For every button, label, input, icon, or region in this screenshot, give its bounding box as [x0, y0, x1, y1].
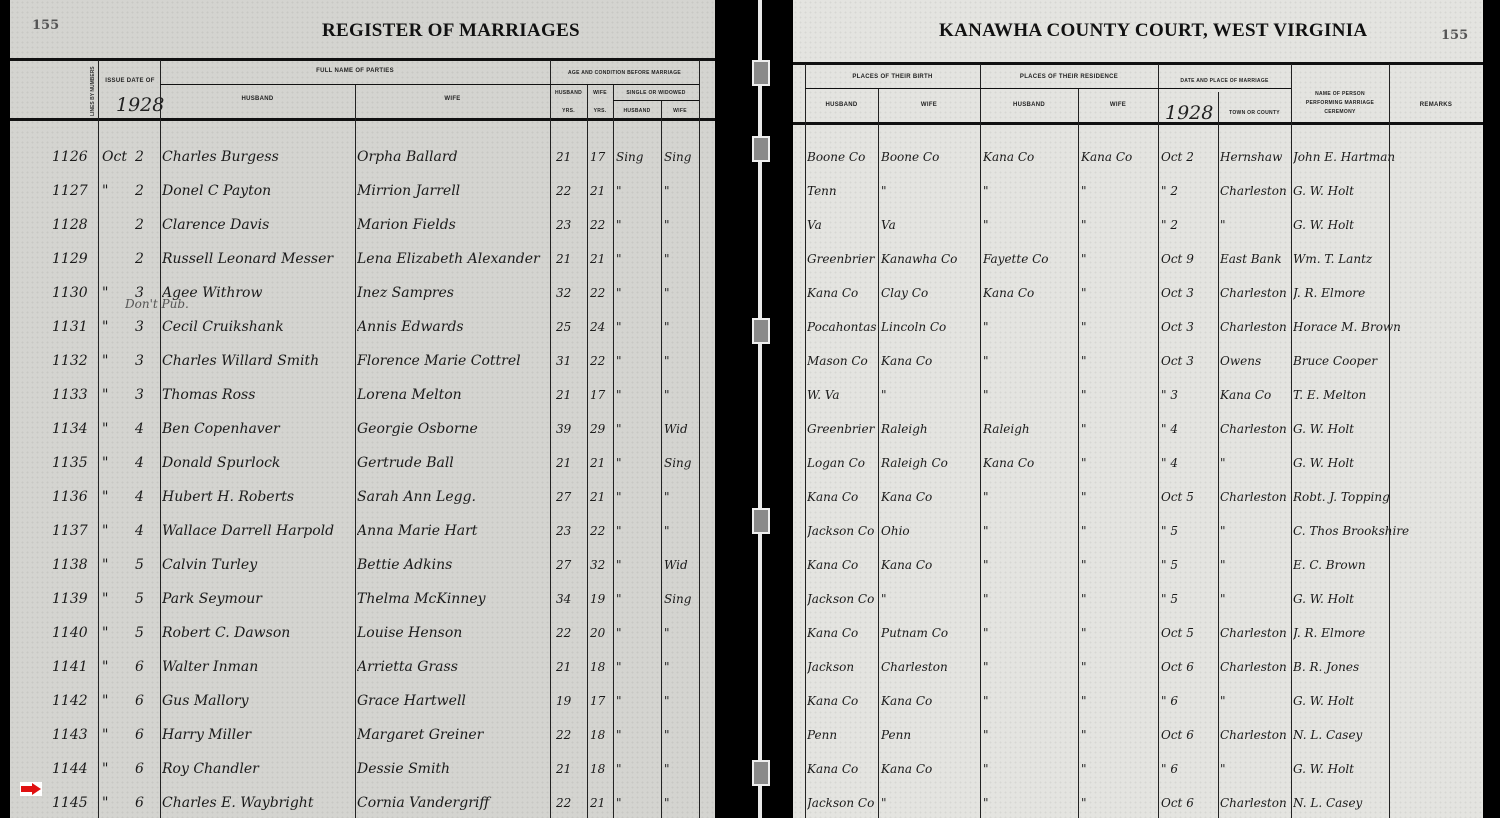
wife-residence: " — [1081, 412, 1157, 446]
entry-number: 1138 — [52, 548, 96, 582]
wife-birthplace: Kanawha Co — [881, 242, 979, 276]
marriage-town: Charleston — [1220, 412, 1290, 446]
entry-number: 1144 — [52, 752, 96, 786]
husband-name: Charles E. Waybright — [162, 786, 354, 818]
left-register-row: 1133"3Thomas RossLorena Melton2117"" — [10, 378, 715, 412]
officiant-name: C. Thos Brookshire — [1293, 514, 1443, 548]
header-cond-husband: HUSBAND — [613, 108, 661, 114]
issue-day: 4 — [135, 480, 157, 514]
marriage-town: Charleston — [1220, 718, 1290, 752]
wife-residence: " — [1081, 344, 1157, 378]
wife-name: Anna Marie Hart — [357, 514, 549, 548]
right-register-page: KANAWHA COUNTY COURT, WEST VIRGINIA 155 … — [793, 0, 1483, 818]
issue-month — [102, 208, 130, 242]
red-arrow-icon — [20, 782, 42, 796]
issue-month: " — [102, 412, 130, 446]
issue-day: 3 — [135, 276, 157, 310]
marriage-date: Oct 5 — [1161, 616, 1217, 650]
right-register-row: Jackson Co"""Oct 6CharlestonN. L. Casey — [793, 786, 1483, 818]
faded-stamp — [180, 22, 184, 40]
husband-residence: " — [983, 548, 1077, 582]
issue-month: " — [102, 344, 130, 378]
husband-residence: " — [983, 582, 1077, 616]
issue-day: 2 — [135, 242, 157, 276]
husband-residence: Fayette Co — [983, 242, 1077, 276]
wife-name: Arrietta Grass — [357, 650, 549, 684]
entry-number: 1143 — [52, 718, 96, 752]
wife-condition: Sing — [664, 446, 698, 480]
marriage-date: " 2 — [1161, 208, 1217, 242]
marriage-date: Oct 9 — [1161, 242, 1217, 276]
husband-age: 21 — [556, 140, 586, 174]
wife-name: Grace Hartwell — [357, 684, 549, 718]
header-res-wife: WIFE — [1078, 102, 1158, 108]
officiant-name: G. W. Holt — [1293, 582, 1443, 616]
header-officiant: NAME OF PERSON PERFORMING MARRIAGE CEREM… — [1297, 90, 1383, 117]
right-register-row: Kana CoClay CoKana Co"Oct 3CharlestonJ. … — [793, 276, 1483, 310]
marriage-town: East Bank — [1220, 242, 1290, 276]
officiant-name: J. R. Elmore — [1293, 276, 1443, 310]
right-register-row: Kana CoKana Co""" 5"E. C. Brown — [793, 548, 1483, 582]
header-full-name: FULL NAME OF PARTIES — [160, 68, 550, 74]
entry-number: 1126 — [52, 140, 96, 174]
wife-age: 17 — [590, 684, 612, 718]
husband-birthplace: Greenbrier — [807, 412, 879, 446]
wife-residence: " — [1081, 242, 1157, 276]
wife-condition: " — [664, 786, 698, 818]
left-register-row: 1142"6Gus MalloryGrace Hartwell1917"" — [10, 684, 715, 718]
husband-age: 27 — [556, 480, 586, 514]
wife-age: 32 — [590, 548, 612, 582]
marriage-town: Hernshaw — [1220, 140, 1290, 174]
husband-name: Donel C Payton — [162, 174, 354, 208]
wife-condition: " — [664, 208, 698, 242]
husband-name: Agee Withrow — [162, 276, 354, 310]
officiant-name: N. L. Casey — [1293, 786, 1443, 818]
husband-condition: " — [616, 208, 660, 242]
wife-name: Sarah Ann Legg. — [357, 480, 549, 514]
wife-birthplace: Boone Co — [881, 140, 979, 174]
marriage-town: " — [1220, 684, 1290, 718]
husband-age: 25 — [556, 310, 586, 344]
wife-age: 19 — [590, 582, 612, 616]
husband-residence: Kana Co — [983, 276, 1077, 310]
left-register-row: 1139"5Park SeymourThelma McKinney3419"Si… — [10, 582, 715, 616]
marriage-date: Oct 6 — [1161, 786, 1217, 818]
husband-birthplace: Kana Co — [807, 684, 879, 718]
header-top-rule — [10, 58, 715, 61]
left-register-row: 11292Russell Leonard MesserLena Elizabet… — [10, 242, 715, 276]
right-register-row: Mason CoKana Co""Oct 3OwensBruce Cooper — [793, 344, 1483, 378]
right-register-row: GreenbrierRaleighRaleigh"" 4CharlestonG.… — [793, 412, 1483, 446]
wife-condition: " — [664, 650, 698, 684]
wife-residence: " — [1081, 582, 1157, 616]
wife-residence: " — [1081, 548, 1157, 582]
issue-day: 4 — [135, 412, 157, 446]
header-wife: WIFE — [355, 96, 550, 102]
officiant-name: Horace M. Brown — [1293, 310, 1443, 344]
husband-residence: " — [983, 752, 1077, 786]
officiant-name: John E. Hartman — [1293, 140, 1443, 174]
wife-age: 22 — [590, 514, 612, 548]
husband-age: 39 — [556, 412, 586, 446]
issue-month: " — [102, 174, 130, 208]
left-year: 1928 — [116, 94, 164, 116]
husband-age: 21 — [556, 378, 586, 412]
husband-condition: " — [616, 718, 660, 752]
issue-day: 6 — [135, 786, 157, 818]
wife-residence: " — [1081, 514, 1157, 548]
issue-month: " — [102, 378, 130, 412]
husband-condition: " — [616, 174, 660, 208]
husband-residence: " — [983, 616, 1077, 650]
left-register-row: 1134"4Ben CopenhaverGeorgie Osborne3929"… — [10, 412, 715, 446]
wife-age: 17 — [590, 378, 612, 412]
wife-age: 21 — [590, 786, 612, 818]
issue-day: 2 — [135, 140, 157, 174]
officiant-name: G. W. Holt — [1293, 412, 1443, 446]
husband-name: Wallace Darrell Harpold — [162, 514, 354, 548]
officiant-name: G. W. Holt — [1293, 446, 1443, 480]
right-register-row: Kana CoKana Co""" 6"G. W. Holt — [793, 684, 1483, 718]
entry-number: 1141 — [52, 650, 96, 684]
left-page-title: REGISTER OF MARRIAGES — [322, 20, 580, 42]
header-top-rule — [793, 62, 1483, 65]
wife-residence: " — [1081, 446, 1157, 480]
wife-residence: " — [1081, 684, 1157, 718]
officiant-name: Bruce Cooper — [1293, 344, 1443, 378]
wife-birthplace: Va — [881, 208, 979, 242]
officiant-name: G. W. Holt — [1293, 752, 1443, 786]
right-register-row: Greenbrier CoKanawha CoFayette Co"Oct 9E… — [793, 242, 1483, 276]
wife-residence: " — [1081, 786, 1157, 818]
issue-month: " — [102, 650, 130, 684]
header-age-husband: HUSBAND — [550, 90, 587, 96]
husband-name: Gus Mallory — [162, 684, 354, 718]
right-page-title: KANAWHA COUNTY COURT, WEST VIRGINIA — [939, 20, 1367, 42]
husband-birthplace: Jackson Co — [807, 514, 879, 548]
wife-condition: " — [664, 242, 698, 276]
entry-number: 1135 — [52, 446, 96, 480]
husband-age: 21 — [556, 650, 586, 684]
husband-name: Donald Spurlock — [162, 446, 354, 480]
marriage-date: " 4 — [1161, 446, 1217, 480]
left-register-row: 1131"3Cecil CruikshankAnnis Edwards2524"… — [10, 310, 715, 344]
wife-condition: " — [664, 344, 698, 378]
marriage-date: Oct 2 — [1161, 140, 1217, 174]
marriage-date: " 5 — [1161, 582, 1217, 616]
officiant-name: Robt. J. Topping — [1293, 480, 1443, 514]
husband-birthplace: Va — [807, 208, 879, 242]
entry-number: 1132 — [52, 344, 96, 378]
husband-name: Robert C. Dawson — [162, 616, 354, 650]
entry-number: 1145 — [52, 786, 96, 818]
husband-birthplace: Kana Co — [807, 276, 879, 310]
husband-age: 34 — [556, 582, 586, 616]
marriage-town: " — [1220, 548, 1290, 582]
wife-name: Louise Henson — [357, 616, 549, 650]
binding-clip — [752, 318, 770, 344]
issue-month: Oct — [102, 140, 130, 174]
wife-age: 18 — [590, 752, 612, 786]
officiant-name: Wm. T. Lantz — [1293, 242, 1443, 276]
wife-name: Georgie Osborne — [357, 412, 549, 446]
header-town-county: TOWN OR COUNTY — [1218, 110, 1291, 116]
wife-name: Inez Sampres — [357, 276, 549, 310]
right-register-row: Tenn"""" 2CharlestonG. W. Holt — [793, 174, 1483, 208]
wife-name: Lorena Melton — [357, 378, 549, 412]
marriage-town: Charleston — [1220, 174, 1290, 208]
issue-day: 5 — [135, 616, 157, 650]
wife-condition: " — [664, 752, 698, 786]
wife-birthplace: Raleigh Co — [881, 446, 979, 480]
issue-day: 5 — [135, 548, 157, 582]
husband-residence: " — [983, 786, 1077, 818]
wife-condition: " — [664, 174, 698, 208]
issue-day: 4 — [135, 514, 157, 548]
wife-birthplace: Kana Co — [881, 548, 979, 582]
wife-age: 22 — [590, 344, 612, 378]
issue-month — [102, 242, 130, 276]
issue-month: " — [102, 786, 130, 818]
marriage-date: " 6 — [1161, 684, 1217, 718]
entry-number: 1127 — [52, 174, 96, 208]
officiant-name: G. W. Holt — [1293, 174, 1443, 208]
husband-name: Charles Willard Smith — [162, 344, 354, 378]
right-register-row: Jackson CoOhio""" 5"C. Thos Brookshire — [793, 514, 1483, 548]
wife-condition: " — [664, 514, 698, 548]
marriage-town: Charleston — [1220, 616, 1290, 650]
header-date-place: DATE AND PLACE OF MARRIAGE — [1158, 78, 1291, 84]
right-register-row: Kana CoKana Co""" 6"G. W. Holt — [793, 752, 1483, 786]
wife-condition: " — [664, 378, 698, 412]
wife-birthplace: Putnam Co — [881, 616, 979, 650]
entry-number: 1128 — [52, 208, 96, 242]
left-register-page: 155 REGISTER OF MARRIAGES LINES BY NUMBE… — [10, 0, 715, 818]
header-places-birth: PLACES OF THEIR BIRTH — [805, 74, 980, 80]
husband-birthplace: Pocahontas — [807, 310, 879, 344]
husband-birthplace: Kana Co — [807, 752, 879, 786]
left-register-row: 1127"2Donel C PaytonMirrion Jarrell2221"… — [10, 174, 715, 208]
marriage-date: " 4 — [1161, 412, 1217, 446]
header-birth-wife: WIFE — [878, 102, 980, 108]
husband-condition: " — [616, 548, 660, 582]
issue-day: 3 — [135, 310, 157, 344]
issue-month: " — [102, 276, 130, 310]
marriage-town: " — [1220, 446, 1290, 480]
husband-residence: Raleigh — [983, 412, 1077, 446]
right-register-row: JacksonCharleston""Oct 6CharlestonB. R. … — [793, 650, 1483, 684]
husband-birthplace: Jackson Co — [807, 582, 879, 616]
marriage-date: " 6 — [1161, 752, 1217, 786]
wife-name: Florence Marie Cottrel — [357, 344, 549, 378]
header-remarks: REMARKS — [1389, 102, 1483, 108]
wife-age: 18 — [590, 718, 612, 752]
right-register-row: Kana CoKana Co""Oct 5CharlestonRobt. J. … — [793, 480, 1483, 514]
header-places-residence: PLACES OF THEIR RESIDENCE — [980, 74, 1158, 80]
left-register-row: 1144"6Roy ChandlerDessie Smith2118"" — [10, 752, 715, 786]
issue-day: 6 — [135, 650, 157, 684]
wife-condition: Wid — [664, 548, 698, 582]
left-register-row: 1126Oct2Charles BurgessOrpha Ballard2117… — [10, 140, 715, 174]
left-page-number: 155 — [32, 18, 59, 33]
husband-name: Calvin Turley — [162, 548, 354, 582]
wife-condition: Sing — [664, 582, 698, 616]
right-register-row: Kana CoPutnam Co""Oct 5CharlestonJ. R. E… — [793, 616, 1483, 650]
marriage-date: Oct 5 — [1161, 480, 1217, 514]
wife-residence: " — [1081, 616, 1157, 650]
left-register-row: 1138"5Calvin TurleyBettie Adkins2732"Wid — [10, 548, 715, 582]
husband-condition: " — [616, 480, 660, 514]
wife-age: 21 — [590, 242, 612, 276]
header-res-husband: HUSBAND — [980, 102, 1078, 108]
wife-name: Orpha Ballard — [357, 140, 549, 174]
officiant-name: J. R. Elmore — [1293, 616, 1443, 650]
left-register-row: 1137"4Wallace Darrell HarpoldAnna Marie … — [10, 514, 715, 548]
wife-birthplace: Kana Co — [881, 752, 979, 786]
issue-month: " — [102, 446, 130, 480]
wife-condition: " — [664, 616, 698, 650]
husband-age: 27 — [556, 548, 586, 582]
header-age-husband-yrs: YRS. — [550, 108, 587, 114]
husband-residence: " — [983, 650, 1077, 684]
husband-birthplace: Mason Co — [807, 344, 879, 378]
wife-birthplace: Penn — [881, 718, 979, 752]
wife-birthplace: Ohio — [881, 514, 979, 548]
left-register-row: 11282Clarence DavisMarion Fields2322"" — [10, 208, 715, 242]
husband-age: 32 — [556, 276, 586, 310]
husband-name: Russell Leonard Messer — [162, 242, 354, 276]
wife-residence: " — [1081, 208, 1157, 242]
wife-residence: " — [1081, 718, 1157, 752]
marriage-town: " — [1220, 514, 1290, 548]
right-register-row: Logan CoRaleigh CoKana Co"" 4"G. W. Holt — [793, 446, 1483, 480]
marriage-date: Oct 3 — [1161, 276, 1217, 310]
officiant-name: E. C. Brown — [1293, 548, 1443, 582]
wife-name: Lena Elizabeth Alexander — [357, 242, 549, 276]
husband-condition: " — [616, 242, 660, 276]
wife-birthplace: Clay Co — [881, 276, 979, 310]
left-register-row: 1145"6Charles E. WaybrightCornia Vanderg… — [10, 786, 715, 818]
husband-birthplace: Kana Co — [807, 548, 879, 582]
husband-age: 22 — [556, 786, 586, 818]
header-single-widowed: SINGLE OR WIDOWED — [613, 90, 699, 96]
wife-name: Dessie Smith — [357, 752, 549, 786]
marriage-date: Oct 6 — [1161, 718, 1217, 752]
wife-residence: " — [1081, 650, 1157, 684]
husband-residence: " — [983, 344, 1077, 378]
husband-condition: " — [616, 786, 660, 818]
entry-number: 1137 — [52, 514, 96, 548]
husband-age: 23 — [556, 514, 586, 548]
entry-number: 1142 — [52, 684, 96, 718]
wife-name: Gertrude Ball — [357, 446, 549, 480]
husband-condition: Sing — [616, 140, 660, 174]
wife-condition: Sing — [664, 140, 698, 174]
husband-name: Cecil Cruikshank — [162, 310, 354, 344]
marriage-date: " 5 — [1161, 548, 1217, 582]
husband-birthplace: Logan Co — [807, 446, 879, 480]
husband-condition: " — [616, 276, 660, 310]
wife-residence: " — [1081, 174, 1157, 208]
marriage-date: " 2 — [1161, 174, 1217, 208]
husband-name: Clarence Davis — [162, 208, 354, 242]
husband-birthplace: W. Va — [807, 378, 879, 412]
wife-name: Marion Fields — [357, 208, 549, 242]
husband-age: 23 — [556, 208, 586, 242]
wife-residence: Kana Co — [1081, 140, 1157, 174]
book-gutter — [715, 0, 793, 818]
husband-residence: Kana Co — [983, 140, 1077, 174]
right-page-number: 155 — [1441, 28, 1468, 43]
wife-birthplace: Charleston — [881, 650, 979, 684]
wife-age: 21 — [590, 446, 612, 480]
wife-residence: " — [1081, 480, 1157, 514]
marriage-town: Charleston — [1220, 786, 1290, 818]
husband-name: Park Seymour — [162, 582, 354, 616]
header-age-wife-yrs: YRS. — [587, 108, 613, 114]
husband-condition: " — [616, 582, 660, 616]
husband-condition: " — [616, 344, 660, 378]
left-register-row: 1130"3Agee WithrowInez Sampres3222"" — [10, 276, 715, 310]
officiant-name: T. E. Melton — [1293, 378, 1443, 412]
marriage-town: Owens — [1220, 344, 1290, 378]
husband-age: 21 — [556, 752, 586, 786]
header-birth-husband: HUSBAND — [805, 102, 878, 108]
wife-age: 18 — [590, 650, 612, 684]
husband-residence: " — [983, 718, 1077, 752]
wife-name: Bettie Adkins — [357, 548, 549, 582]
marriage-date: " 3 — [1161, 378, 1217, 412]
husband-birthplace: Penn — [807, 718, 879, 752]
header-age-condition: AGE AND CONDITION BEFORE MARRIAGE — [550, 70, 699, 76]
husband-residence: " — [983, 378, 1077, 412]
issue-day: 3 — [135, 378, 157, 412]
binding-clip — [752, 760, 770, 786]
header-husband: HUSBAND — [160, 96, 355, 102]
marriage-date: Oct 3 — [1161, 344, 1217, 378]
wife-name: Mirrion Jarrell — [357, 174, 549, 208]
entry-number: 1130 — [52, 276, 96, 310]
binding-clip — [752, 60, 770, 86]
wife-residence: " — [1081, 378, 1157, 412]
marriage-town: Charleston — [1220, 276, 1290, 310]
marriage-town: " — [1220, 752, 1290, 786]
wife-age: 22 — [590, 276, 612, 310]
husband-age: 22 — [556, 616, 586, 650]
husband-age: 19 — [556, 684, 586, 718]
husband-residence: " — [983, 174, 1077, 208]
wife-age: 21 — [590, 174, 612, 208]
wife-birthplace: " — [881, 582, 979, 616]
issue-day: 6 — [135, 752, 157, 786]
entry-number: 1139 — [52, 582, 96, 616]
left-register-row: 1143"6Harry MillerMargaret Greiner2218"" — [10, 718, 715, 752]
husband-condition: " — [616, 650, 660, 684]
issue-day: 4 — [135, 446, 157, 480]
husband-birthplace: Jackson Co — [807, 786, 879, 818]
wife-condition: " — [664, 310, 698, 344]
husband-birthplace: Tenn — [807, 174, 879, 208]
left-register-row: 1132"3Charles Willard SmithFlorence Mari… — [10, 344, 715, 378]
entry-number: 1140 — [52, 616, 96, 650]
right-register-row: PocahontasLincoln Co""Oct 3CharlestonHor… — [793, 310, 1483, 344]
wife-age: 22 — [590, 208, 612, 242]
right-year: 1928 — [1165, 102, 1213, 124]
marriage-date: Oct 6 — [1161, 650, 1217, 684]
husband-birthplace: Boone Co — [807, 140, 879, 174]
issue-month: " — [102, 718, 130, 752]
